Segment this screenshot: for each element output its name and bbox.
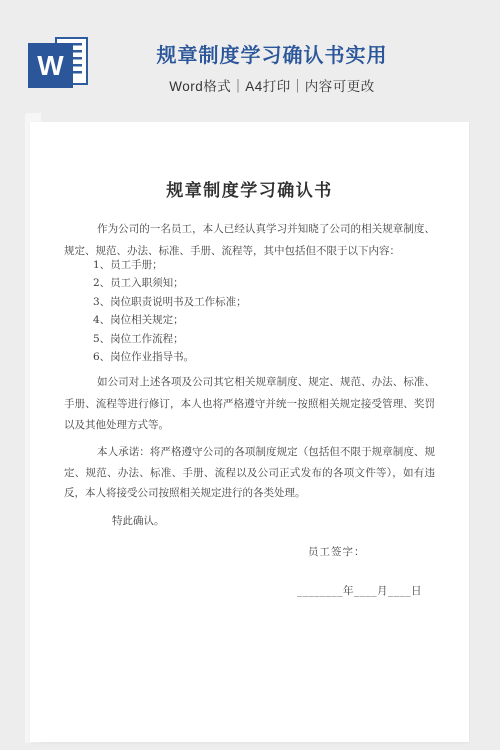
header: W 规章制度学习确认书实用 Word格式｜A4打印｜内容可更改 (0, 0, 500, 110)
document-title: 规章制度学习确认书 (30, 180, 469, 202)
list-item: 1、员工手册； (93, 256, 435, 274)
document-page: 规章制度学习确认书 作为公司的一名员工，本人已经认真学习并知晓了公司的相关规章制… (30, 122, 469, 742)
list-item: 6、岗位作业指导书。 (93, 348, 435, 366)
date-line: ________年____月____日 (297, 581, 422, 603)
list-item: 2、员工入职须知； (93, 274, 435, 292)
template-preview-screen: { "brand_color": "#2b579a", "header": { … (0, 0, 500, 750)
header-text: 规章制度学习确认书实用 Word格式｜A4打印｜内容可更改 (44, 44, 500, 95)
numbered-list: 1、员工手册； 2、员工入职须知； 3、岗位职责说明书及工作标准； 4、岗位相关… (93, 256, 435, 366)
list-item: 3、岗位职责说明书及工作标准； (93, 293, 435, 311)
paragraph-promise: 本人承诺：将严格遵守公司的各项制度规定（包括但不限于规章制度、规定、规范、办法、… (64, 442, 435, 504)
signature-label: 员工签字： (308, 542, 366, 564)
paragraph-confirmation: 特此确认。 (112, 511, 165, 533)
list-item: 4、岗位相关规定； (93, 311, 435, 329)
paragraph-revision: 如公司对上述各项及公司其它相关规章制度、规定、规范、办法、标准、手册、流程等进行… (64, 372, 435, 437)
list-item: 5、岗位工作流程； (93, 330, 435, 348)
template-subtitle: Word格式｜A4打印｜内容可更改 (44, 75, 500, 95)
template-title: 规章制度学习确认书实用 (44, 44, 500, 68)
